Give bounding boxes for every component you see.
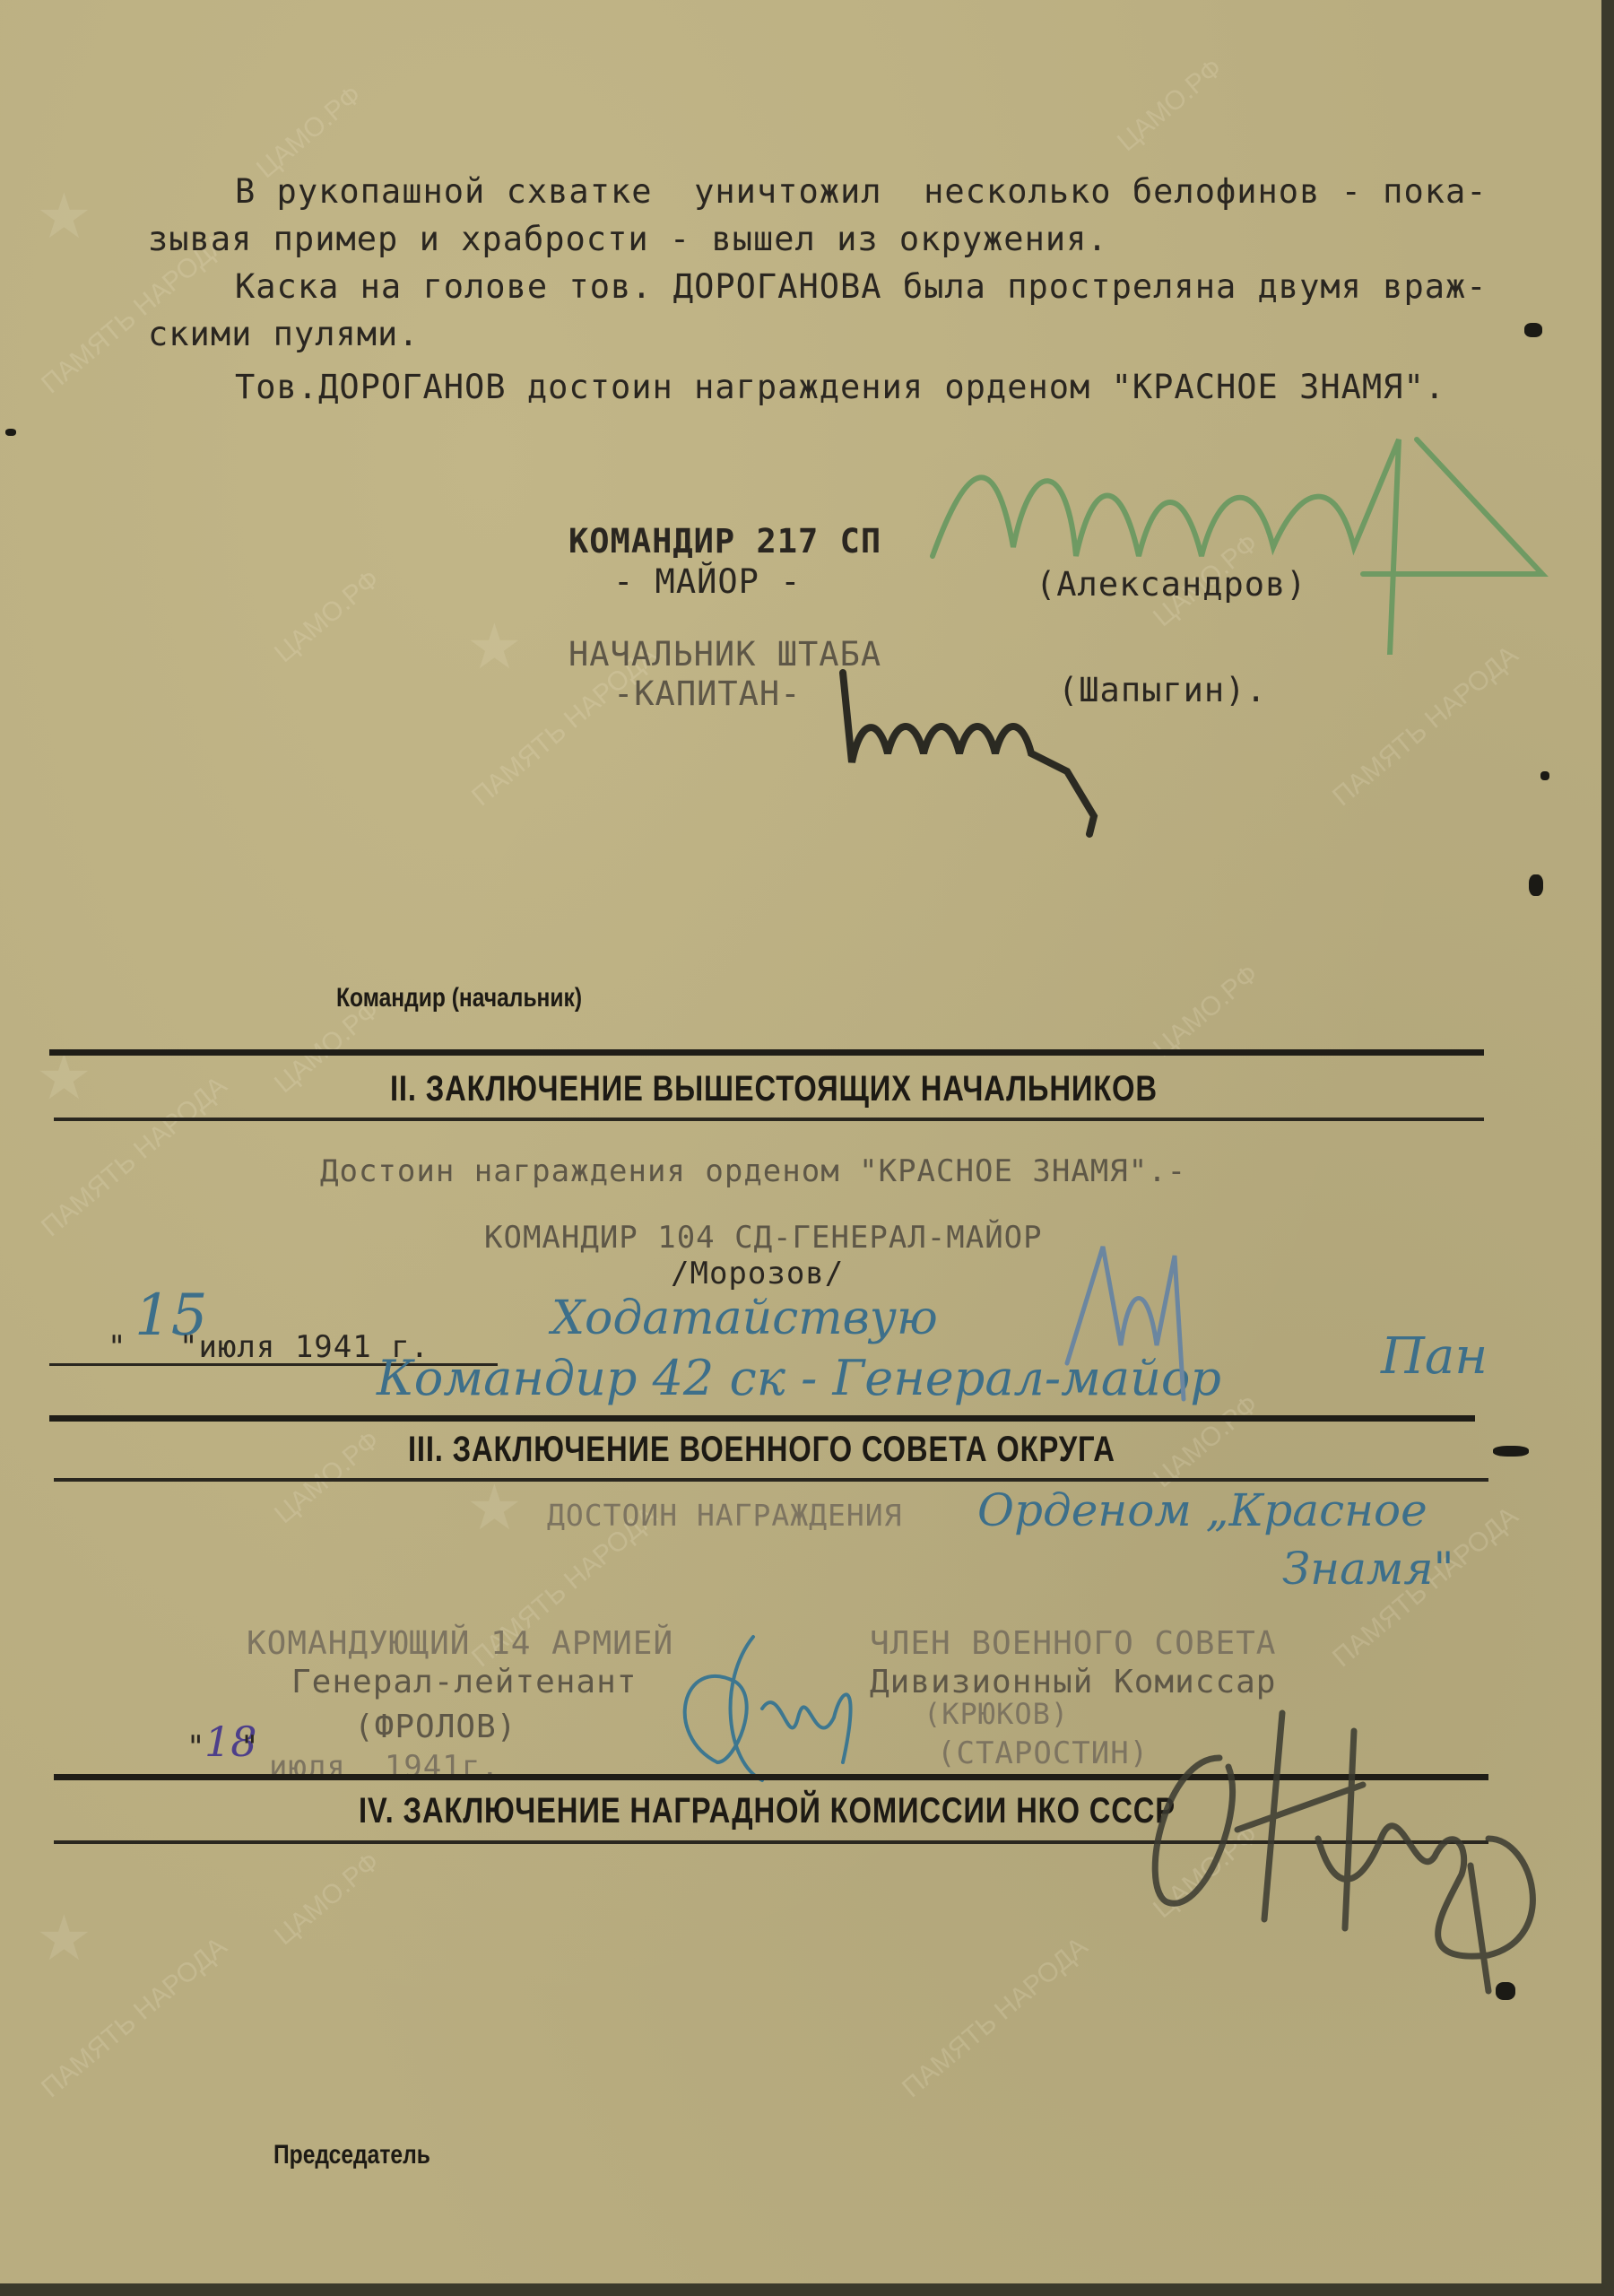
- commander-rank: - МАЙОР -: [613, 562, 801, 601]
- green-signature-icon: [915, 422, 1596, 655]
- body-line-4: скими пулями.: [148, 315, 420, 353]
- section-divider: [54, 1118, 1484, 1121]
- date-quote-open: ": [187, 1729, 205, 1765]
- handwritten-petition: Ходатайствую: [551, 1291, 938, 1345]
- section-2-title: II. ЗАКЛЮЧЕНИЕ ВЫШЕСТОЯЩИХ НАЧАЛЬНИКОВ: [390, 1069, 1158, 1109]
- watermark: ЦАМО.РФ: [269, 564, 386, 669]
- section-3-title: III. ЗАКЛЮЧЕНИЕ ВОЕННОГО СОВЕТА ОКРУГА: [408, 1430, 1115, 1470]
- star-icon: ★: [466, 610, 523, 684]
- council-member-name-1: (КРЮКОВ): [924, 1697, 1069, 1731]
- handwritten-signature: Пан: [1381, 1327, 1488, 1386]
- star-icon: ★: [36, 1901, 92, 1976]
- body-line-1: В рукопашной схватке уничтожил несколько…: [235, 172, 1488, 211]
- blue-signature-frolov-icon: [664, 1628, 933, 1789]
- punch-mark: [5, 429, 16, 436]
- punch-mark: [1496, 1982, 1515, 2000]
- body-line-5: Тов.ДОРОГАНОВ достоин награждения ордено…: [235, 368, 1445, 406]
- watermark: ЦАМО.РФ: [251, 80, 368, 185]
- punch-mark: [1524, 323, 1542, 337]
- body-line-3: Каска на голове тов. ДОРОГАНОВА была про…: [235, 267, 1488, 306]
- section-3-conclusion-hand-1: Орденом „Красное: [977, 1484, 1427, 1536]
- page-edge: [0, 2283, 1614, 2296]
- section-3-conclusion-typed: ДОСТОИН НАГРАЖДЕНИЯ: [547, 1498, 903, 1533]
- watermark: ЦАМО.РФ: [269, 1847, 386, 1952]
- army-commander-rank: Генерал-лейтенант: [291, 1664, 637, 1700]
- date-quote: ": [108, 1329, 126, 1365]
- chief-rank: -КАПИТАН-: [613, 674, 801, 713]
- watermark: ПАМЯТЬ НАРОДА: [36, 1071, 233, 1243]
- section-2-conclusion: Достоин награждения орденом "КРАСНОЕ ЗНА…: [320, 1153, 1186, 1189]
- watermark: ПАМЯТЬ НАРОДА: [897, 1932, 1094, 2104]
- star-icon: ★: [36, 179, 92, 254]
- date-quote-close: ": [240, 1729, 259, 1765]
- dark-signature-icon: [825, 664, 1184, 843]
- body-line-2: зывая пример и храбрости - вышел из окру…: [148, 220, 1108, 258]
- watermark: ПАМЯТЬ НАРОДА: [1327, 640, 1524, 813]
- punch-mark: [1493, 1446, 1529, 1457]
- document-page: ЦАМО.РФ ЦАМО.РФ ЦАМО.РФ ЦАМО.РФ ЦАМО.РФ …: [0, 0, 1614, 2296]
- army-commander-name: (ФРОЛОВ): [354, 1709, 516, 1745]
- blue-signature-icon: [1058, 1229, 1193, 1408]
- star-icon: ★: [466, 1471, 523, 1545]
- chairman-label: Председатель: [273, 2140, 430, 2170]
- page-edge: [1601, 0, 1614, 2296]
- section-4-title: IV. ЗАКЛЮЧЕНИЕ НАГРАДНОЙ КОМИССИИ НКО СС…: [359, 1791, 1176, 1831]
- section-divider: [49, 1049, 1484, 1056]
- watermark: ЦАМО.РФ: [1112, 53, 1228, 158]
- section-3-conclusion-hand-2: Знамя": [1282, 1543, 1453, 1595]
- watermark: ПАМЯТЬ НАРОДА: [36, 1932, 233, 2104]
- army-commander-title: КОМАНДУЮЩИЙ 14 АРМИЕЙ: [247, 1625, 673, 1662]
- punch-mark: [1540, 771, 1549, 780]
- section-2-signer-name: /Морозов/: [671, 1256, 844, 1291]
- punch-mark: [1529, 874, 1543, 896]
- section-divider: [49, 1415, 1475, 1422]
- commander-title: КОМАНДИР 217 СП: [568, 522, 881, 561]
- watermark: ЦАМО.РФ: [1148, 959, 1264, 1064]
- commander-label: Командир (начальник): [336, 983, 582, 1013]
- section-2-signer-title: КОМАНДИР 104 СД-ГЕНЕРАЛ-МАЙОР: [484, 1220, 1043, 1256]
- graphite-signature-icon: [1112, 1704, 1596, 2054]
- section-divider: [54, 1478, 1488, 1482]
